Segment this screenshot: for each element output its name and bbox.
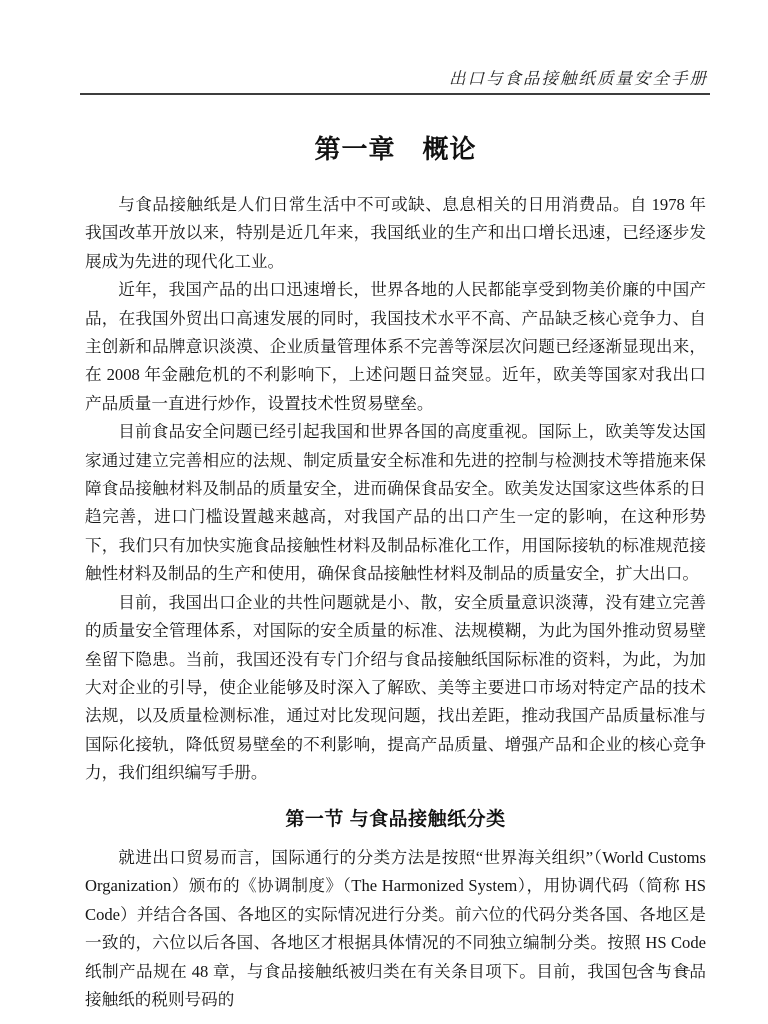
- chapter-paragraph-4: 目前，我国出口企业的共性问题就是小、散，安全质量意识淡薄，没有建立完善的质量安全…: [85, 589, 706, 788]
- chapter-title: 第一章 概论: [85, 129, 706, 166]
- chapter-paragraph-3: 目前食品安全问题已经引起我国和世界各国的高度重视。国际上，欧美等发达国家通过建立…: [85, 418, 706, 588]
- section-paragraph-1: 就进出口贸易而言，国际通行的分类方法是按照“世界海关组织”（World Cust…: [85, 844, 706, 1014]
- running-header-title: 出口与食品接触纸质量安全手册: [449, 65, 708, 89]
- chapter-paragraph-1: 与食品接触纸是人们日常生活中不可或缺、息息相关的日用消费品。自 1978 年我国…: [85, 191, 706, 276]
- chapter-paragraph-2: 近年，我国产品的出口迅速增长，世界各地的人民都能享受到物美价廉的中国产品，在我国…: [85, 276, 706, 418]
- document-page: 出口与食品接触纸质量安全手册 第一章 概论 与食品接触纸是人们日常生活中不可或缺…: [0, 0, 768, 1024]
- body-content: 与食品接触纸是人们日常生活中不可或缺、息息相关的日用消费品。自 1978 年我国…: [85, 191, 706, 1014]
- section-title: 第一节 与食品接触纸分类: [85, 806, 706, 834]
- page-number: — 1 —: [637, 962, 692, 979]
- header-rule: [80, 93, 710, 95]
